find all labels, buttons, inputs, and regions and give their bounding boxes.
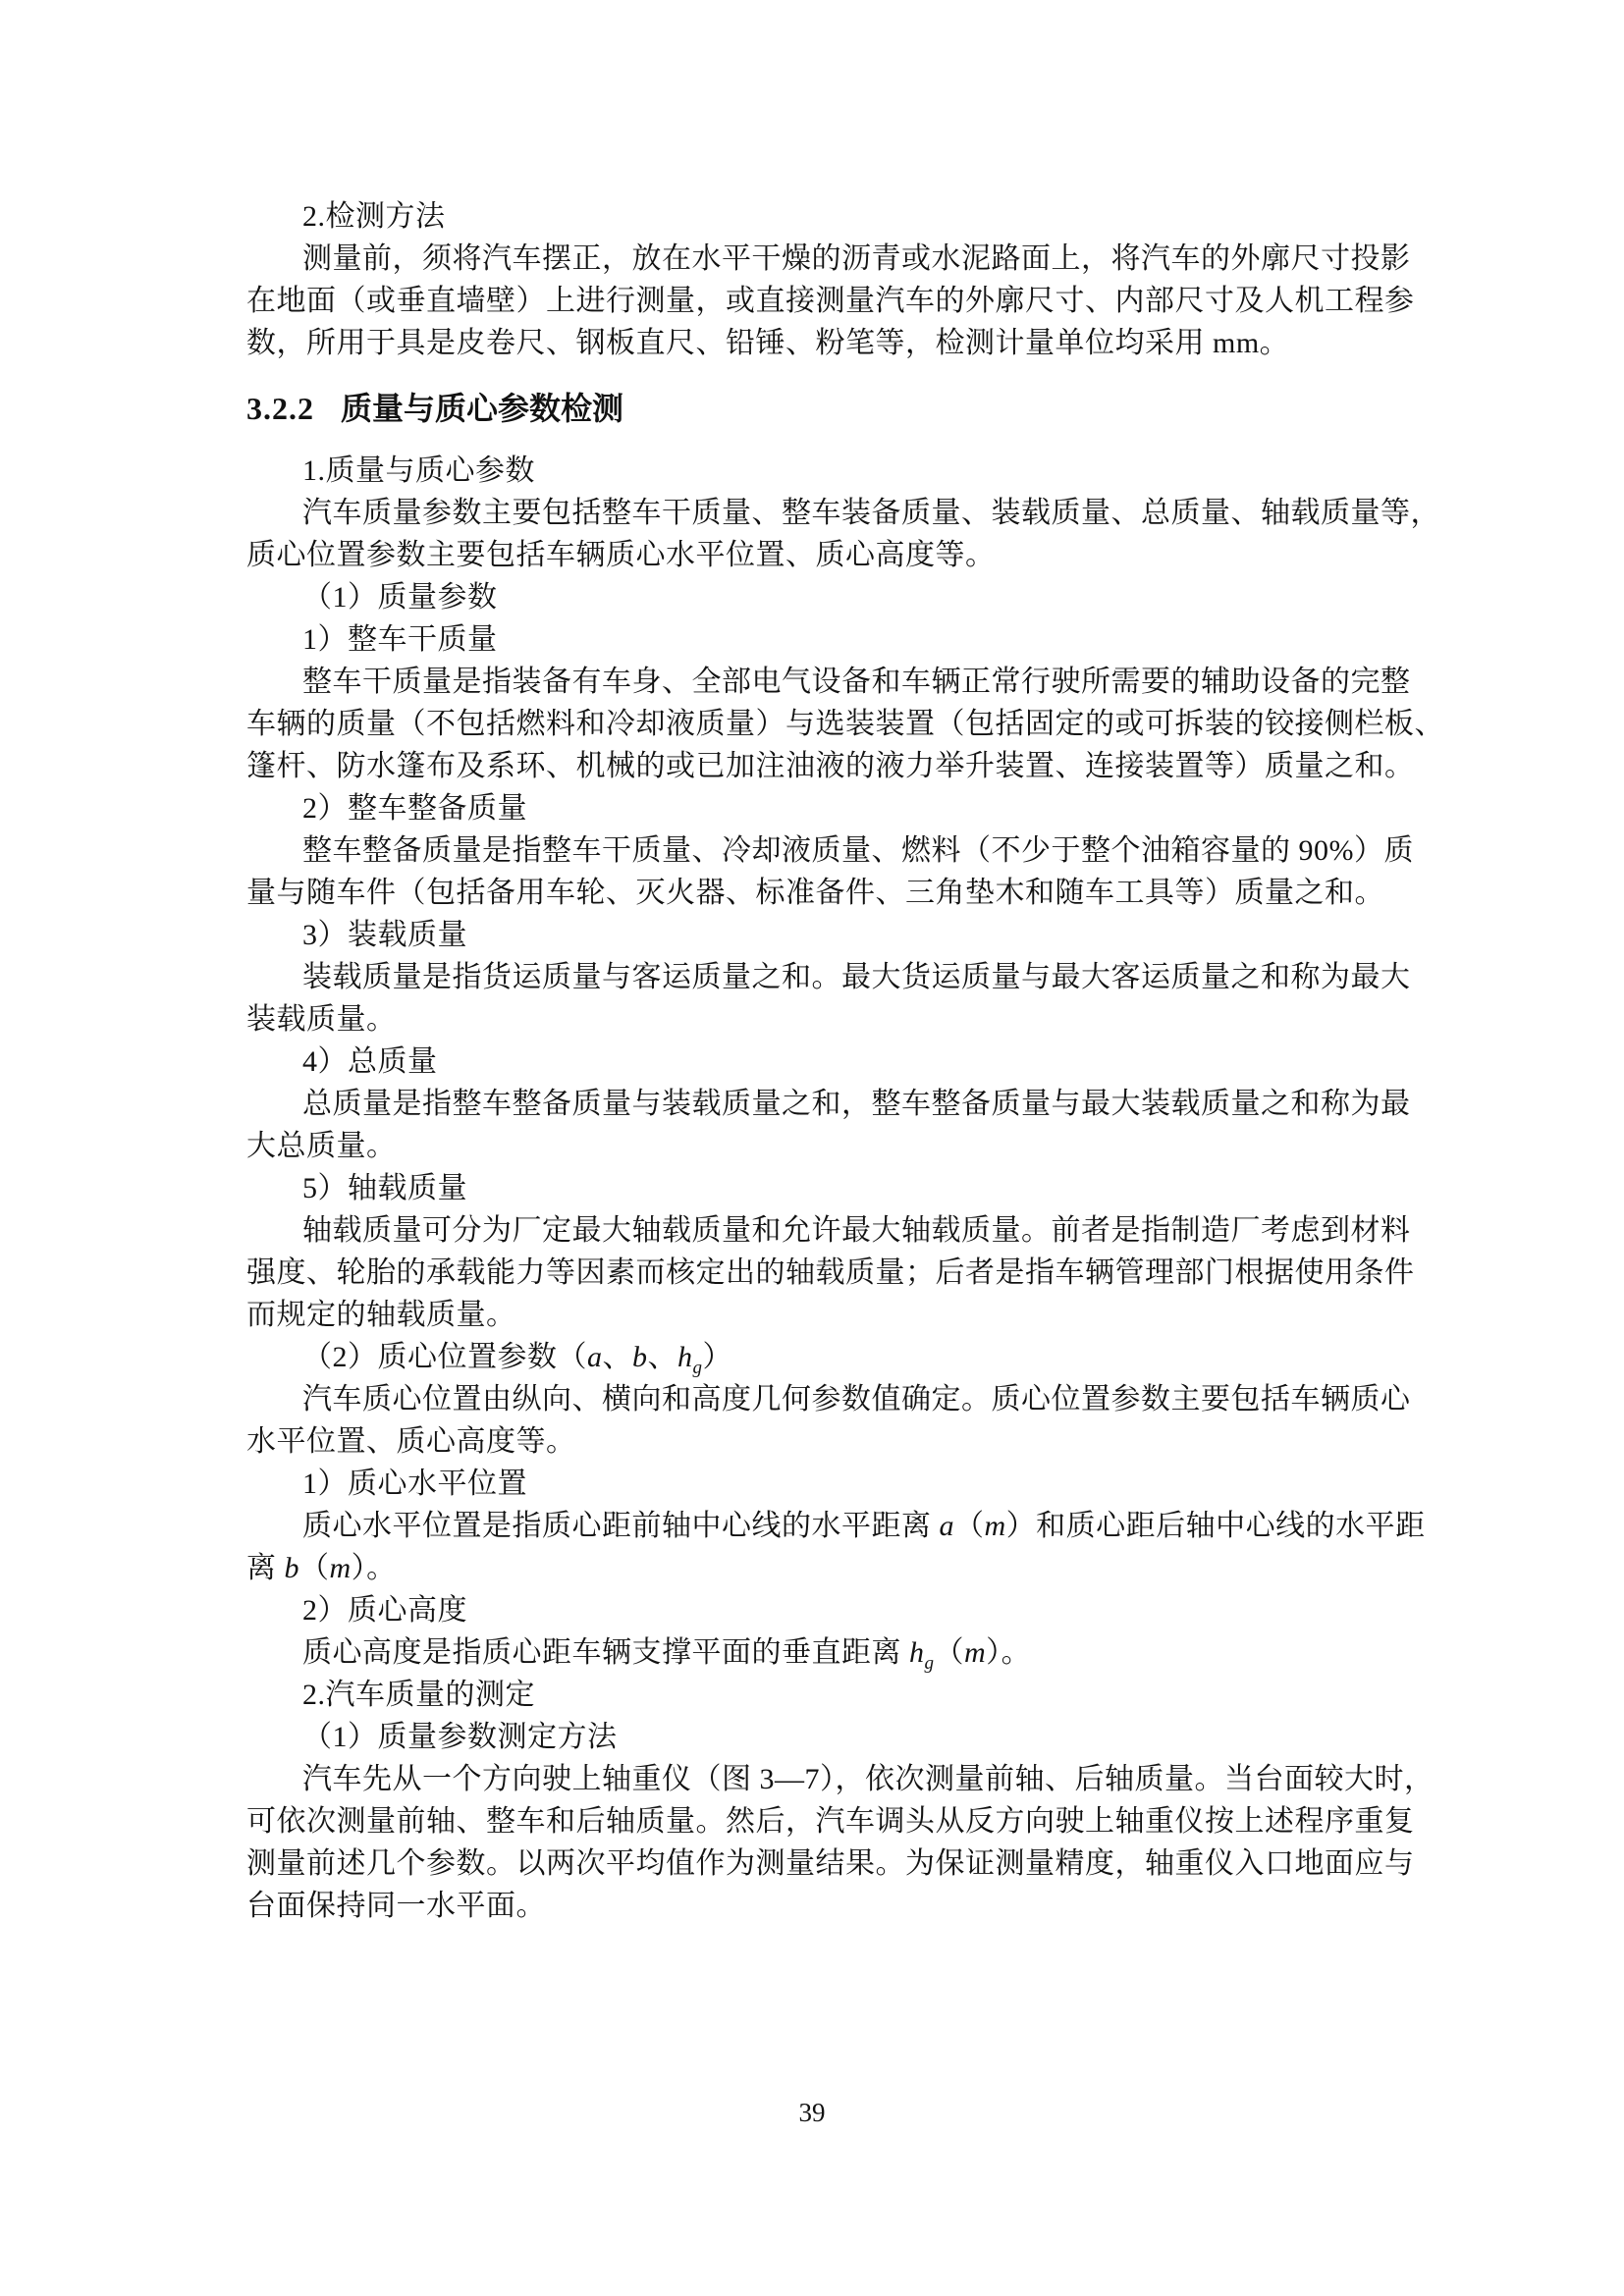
math-var-b: b <box>632 1341 648 1373</box>
math-var-m: m <box>330 1552 352 1584</box>
text-line: 车辆的质量（不包括燃料和冷却液质量）与选装装置（包括固定的或可拆装的铰接侧栏板、 <box>246 703 1367 745</box>
text-line: 量与随车件（包括备用车轮、灭火器、标准备件、三角垫木和随车工具等）质量之和。 <box>246 872 1367 914</box>
text-fragment: ）。 <box>986 1636 1031 1669</box>
text-line: 测量前述几个参数。以两次平均值作为测量结果。为保证测量精度，轴重仪入口地面应与 <box>246 1842 1367 1885</box>
text-fragment: ） <box>703 1341 733 1373</box>
text-line: 轴载质量可分为厂定最大轴载质量和允许最大轴载质量。前者是指制造厂考虑到材料 <box>246 1209 1367 1252</box>
text-fragment: （ <box>299 1552 330 1584</box>
text-fragment: （ <box>935 1636 965 1669</box>
text-line: 装载质量是指货运质量与客运质量之和。最大货运质量与最大客运质量之和称为最大 <box>246 956 1367 998</box>
text-fragment: （2）质心位置参数（ <box>302 1341 587 1373</box>
text-line: 2.汽车质量的测定 <box>246 1674 1367 1716</box>
text-line: （1）质量参数测定方法 <box>246 1716 1367 1758</box>
text-line-cg-horizontal-1: 质心水平位置是指质心距前轴中心线的水平距离 a（m）和质心距后轴中心线的水平距 <box>246 1505 1367 1547</box>
text-line: 而规定的轴载质量。 <box>246 1294 1367 1336</box>
text-line: 测量前，须将汽车摆正，放在水平干燥的沥青或水泥路面上，将汽车的外廓尺寸投影 <box>246 238 1367 280</box>
text-line: 可依次测量前轴、整车和后轴质量。然后，汽车调头从反方向驶上轴重仪按上述程序重复 <box>246 1800 1367 1842</box>
math-var-m: m <box>964 1636 986 1669</box>
text-fragment: 、 <box>603 1341 633 1373</box>
math-var-m: m <box>985 1510 1006 1542</box>
text-line: 装载质量。 <box>246 998 1367 1041</box>
text-line: 篷杆、防水篷布及系环、机械的或已加注油液的液力举升装置、连接装置等）质量之和。 <box>246 745 1367 787</box>
text-line: 数，所用于具是皮卷尺、钢板直尺、铅锤、粉笔等，检测计量单位均采用 mm。 <box>246 322 1367 364</box>
math-var-h-subscript: g <box>925 1653 935 1674</box>
text-line: 水平位置、质心高度等。 <box>246 1420 1367 1463</box>
text-line: 2.检测方法 <box>246 195 1367 238</box>
text-line: 整车整备质量是指整车干质量、冷却液质量、燃料（不少于整个油箱容量的 90%）质 <box>246 829 1367 872</box>
section-number: 3.2.2 <box>246 391 314 426</box>
text-line: 3）装载质量 <box>246 914 1367 956</box>
math-var-a: a <box>940 1510 955 1542</box>
page-content: 2.检测方法 测量前，须将汽车摆正，放在水平干燥的沥青或水泥路面上，将汽车的外廓… <box>246 195 1367 1927</box>
text-line: 大总质量。 <box>246 1125 1367 1167</box>
text-fragment: ）和质心距后轴中心线的水平距 <box>1006 1510 1426 1542</box>
section-heading: 3.2.2质量与质心参数检测 <box>246 387 1367 431</box>
text-line: 汽车先从一个方向驶上轴重仪（图 3—7），依次测量前轴、后轴质量。当台面较大时， <box>246 1758 1367 1800</box>
math-var-b: b <box>285 1552 300 1584</box>
math-var-h: h <box>909 1636 925 1669</box>
text-fragment: 质心水平位置是指质心距前轴中心线的水平距离 <box>302 1510 940 1542</box>
text-line: 强度、轮胎的承载能力等因素而核定出的轴载质量；后者是指车辆管理部门根据使用条件 <box>246 1252 1367 1294</box>
text-fragment: ）。 <box>352 1552 397 1584</box>
text-line: 在地面（或垂直墙壁）上进行测量，或直接测量汽车的外廓尺寸、内部尺寸及人机工程参 <box>246 280 1367 322</box>
text-fragment: 、 <box>648 1341 678 1373</box>
section-title: 质量与质心参数检测 <box>341 391 623 426</box>
text-line: 1.质量与质心参数 <box>246 450 1367 492</box>
text-line: 4）总质量 <box>246 1041 1367 1083</box>
text-line-cg-height: 质心高度是指质心距车辆支撑平面的垂直距离 hg（m）。 <box>246 1631 1367 1674</box>
text-fragment: 离 <box>246 1552 285 1584</box>
text-line: 整车干质量是指装备有车身、全部电气设备和车辆正常行驶所需要的辅助设备的完整 <box>246 661 1367 703</box>
text-line: 汽车质量参数主要包括整车干质量、整车装备质量、装载质量、总质量、轴载质量等， <box>246 492 1367 534</box>
text-line: 1）质心水平位置 <box>246 1463 1367 1505</box>
math-var-h: h <box>677 1341 693 1373</box>
document-page: 2.检测方法 测量前，须将汽车摆正，放在水平干燥的沥青或水泥路面上，将汽车的外廓… <box>0 0 1624 2296</box>
text-line: 总质量是指整车整备质量与装载质量之和，整车整备质量与最大装载质量之和称为最 <box>246 1083 1367 1125</box>
text-fragment: 质心高度是指质心距车辆支撑平面的垂直距离 <box>302 1636 909 1669</box>
page-number: 39 <box>0 2097 1624 2128</box>
text-line: 汽车质心位置由纵向、横向和高度几何参数值确定。质心位置参数主要包括车辆质心 <box>246 1378 1367 1420</box>
text-line-cg-params: （2）质心位置参数（a、b、hg） <box>246 1336 1367 1378</box>
math-var-a: a <box>587 1341 603 1373</box>
text-line-cg-horizontal-2: 离 b（m）。 <box>246 1547 1367 1589</box>
text-line: 2）整车整备质量 <box>246 787 1367 829</box>
text-line: 5）轴载质量 <box>246 1167 1367 1209</box>
text-line: 台面保持同一水平面。 <box>246 1885 1367 1927</box>
text-line: 1）整车干质量 <box>246 618 1367 661</box>
text-fragment: （ <box>954 1510 985 1542</box>
math-var-h-subscript: g <box>693 1358 703 1378</box>
text-line: 质心位置参数主要包括车辆质心水平位置、质心高度等。 <box>246 534 1367 576</box>
text-line: 2）质心高度 <box>246 1589 1367 1631</box>
text-line: （1）质量参数 <box>246 576 1367 618</box>
